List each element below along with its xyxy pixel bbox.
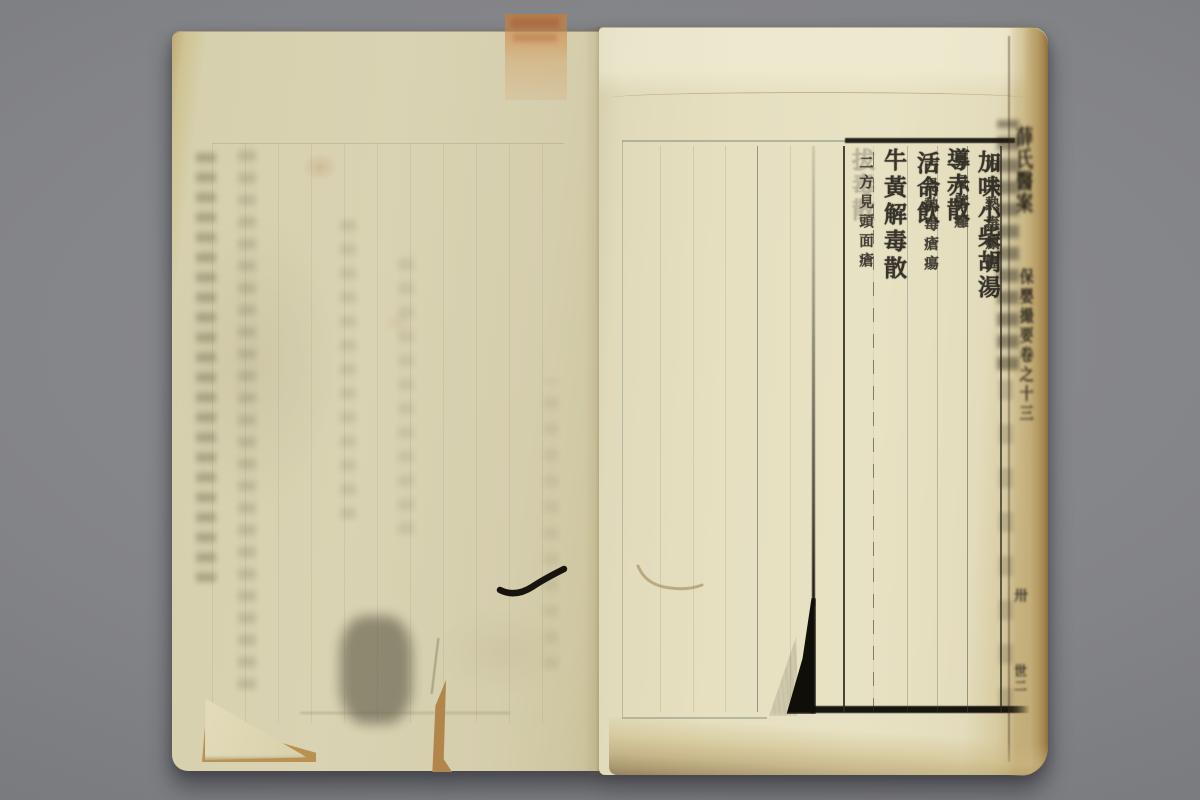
bleedthrough-smudge [340,219,356,519]
ink-squiggle-faint [632,556,710,598]
fold-edge-book-title: 保嬰撮要卷之十三 [1006,268,1032,424]
formula-note: 方見熱毒瘡瘍 [923,158,938,275]
fold-edge-series-title: 薛氏醫案 [1004,126,1032,214]
frame-top-dark [845,138,1015,143]
right-page: 加味小柴胡湯方見熱毒瘰癧 導赤散方見臂癰 活命飲方見熱毒瘡瘍 牛黃解毒散 拔毒散… [599,27,1048,775]
ink-smear-line [812,146,815,606]
bleedthrough-line [300,712,510,714]
frame-top-faint [622,140,847,142]
formula-column: 加味小柴胡湯方見熱毒瘰癧 [966,150,998,760]
formula-note: 方見臂癰 [953,155,968,233]
photo-of-open-book: 加味小柴胡湯方見熱毒瘰癧 導赤散方見臂癰 活命飲方見熱毒瘡瘍 牛黃解毒散 拔毒散… [0,0,1200,800]
fold-edge-leaf-number: 世二 [1003,664,1025,694]
formula-name: 牛黃解毒散 [881,148,904,283]
bleedthrough-smudge [196,152,216,582]
column-divider [790,146,791,712]
bleedthrough-smudge [398,249,414,534]
column-divider [725,146,726,712]
column-divider [757,146,758,712]
formula-column: 導赤散方見臂癰 [937,148,967,758]
label-tag [505,14,567,100]
formula-column: 拔毒散二方見頭面瘡 [842,148,872,758]
column-divider [660,146,661,712]
formula-note: 方見熱毒瘰癧 [984,157,999,274]
frame-left-faint [622,141,623,718]
bleedthrough-ink-blot [340,616,412,724]
ink-squiggle-dark [494,562,572,604]
label-tag-mark [513,34,557,42]
formula-column: 牛黃解毒散 [872,148,904,758]
bottom-leaf-edges [609,717,1048,775]
fore-edge-ink-smear [999,378,1013,708]
ink-smear-fuzz [769,634,797,716]
formula-column: 活命飲方見熱毒瘡瘍 [905,151,937,761]
bleedthrough-smudge [544,379,558,669]
book: 加味小柴胡湯方見熱毒瘰癧 導赤散方見臂癰 活命飲方見熱毒瘡瘍 牛黃解毒散 拔毒散… [172,27,1048,775]
formula-note: 二方見頭面瘡 [858,155,873,272]
left-page [172,31,599,771]
fold-edge-leaf-number: 卅 [1005,588,1027,602]
leaf-edge-hairline [609,92,1025,104]
bleedthrough-column-lines [212,143,564,723]
column-divider [693,146,694,712]
bleedthrough-smudge [238,144,256,689]
label-tag-mark [511,18,559,28]
